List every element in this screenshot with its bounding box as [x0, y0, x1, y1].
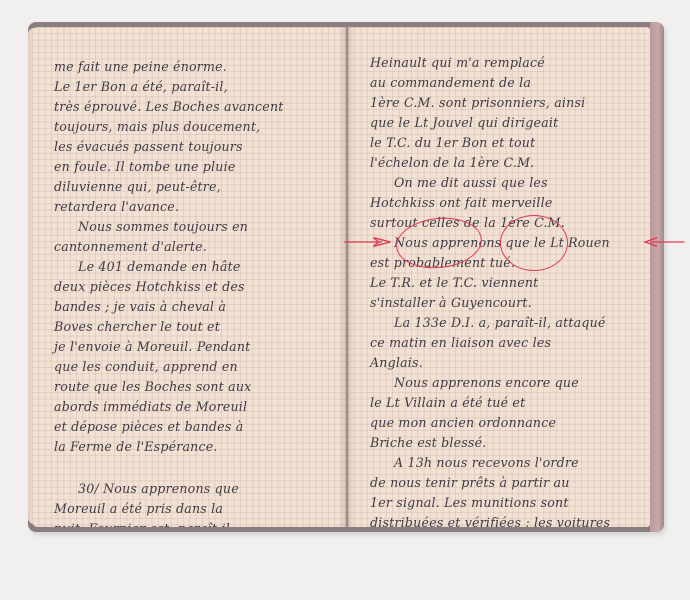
text-line: Le T.R. et le T.C. viennent	[370, 273, 640, 293]
text-line: le T.C. du 1er Bon et tout	[370, 133, 640, 153]
text-line: deux pièces Hotchkiss et des	[54, 277, 332, 297]
text-line: et dépose pièces et bandes à	[54, 417, 332, 437]
text-line: de nous tenir prêts à partir au	[370, 473, 640, 493]
annotation-arrow-right-icon	[340, 236, 400, 248]
text-line: retardera l'avance.	[54, 197, 332, 217]
text-line: très éprouvé. Les Boches avancent	[54, 97, 332, 117]
text-line: les évacués passent toujours	[54, 137, 332, 157]
right-page: Heinault qui m'a remplacé au commandemen…	[348, 27, 650, 527]
text-line: Le 1er Bon a été, paraît-il,	[54, 77, 332, 97]
text-line: La 133e D.I. a, paraît-il, attaqué	[370, 313, 640, 333]
text-line: Le 401 demande en hâte	[54, 257, 332, 277]
text-line: en foule. Il tombe une pluie	[54, 157, 332, 177]
text-line: cantonnement d'alerte.	[54, 237, 332, 257]
text-line: que mon ancien ordonnance	[370, 413, 640, 433]
left-page-text: me fait une peine énorme. Le 1er Bon a é…	[32, 57, 346, 527]
text-line: Boves chercher le tout et	[54, 317, 332, 337]
text-line: je l'envoie à Moreuil. Pendant	[54, 337, 332, 357]
text-line: route que les Boches sont aux	[54, 377, 332, 397]
text-line: abords immédiats de Moreuil	[54, 397, 332, 417]
annotation-circle-tc	[500, 215, 568, 271]
text-line: me fait une peine énorme.	[54, 57, 332, 77]
text-line: que les conduit, apprend en	[54, 357, 332, 377]
annotation-arrow-left-icon	[638, 236, 688, 248]
text-line: distribuées et vérifiées ; les voitures	[370, 513, 640, 527]
text-line: Hotchkiss ont fait merveille	[370, 193, 640, 213]
text-line: bandes ; je vais à cheval à	[54, 297, 332, 317]
text-line: Nous sommes toujours en	[54, 217, 332, 237]
text-line: A 13h nous recevons l'ordre	[370, 453, 640, 473]
right-page-edge	[650, 22, 664, 532]
text-line: 30/ Nous apprenons que	[54, 479, 332, 499]
text-line: diluvienne qui, peut-être,	[54, 177, 332, 197]
text-line: Anglais.	[370, 353, 640, 373]
text-line: Nous apprenons encore que	[370, 373, 640, 393]
text-line: s'installer à Guyencourt.	[370, 293, 640, 313]
text-line: l'échelon de la 1ère C.M.	[370, 153, 640, 173]
text-line: Moreuil a été pris dans la	[54, 499, 332, 519]
text-line: toujours, mais plus doucement,	[54, 117, 332, 137]
text-line: le Lt Villain a été tué et	[370, 393, 640, 413]
text-line: Heinault qui m'a remplacé	[370, 53, 640, 73]
text-line: nuit. Fournier est, paraît-il,	[54, 519, 332, 527]
notebook: me fait une peine énorme. Le 1er Bon a é…	[28, 22, 664, 532]
left-page: me fait une peine énorme. Le 1er Bon a é…	[32, 27, 346, 527]
text-line: On me dit aussi que les	[370, 173, 640, 193]
text-line: au commandement de la	[370, 73, 640, 93]
text-line: Briche est blessé.	[370, 433, 640, 453]
text-line: 1er signal. Les munitions sont	[370, 493, 640, 513]
right-page-text: Heinault qui m'a remplacé au commandemen…	[348, 53, 650, 527]
text-line: que le Lt Jouvel qui dirigeait	[370, 113, 640, 133]
text-line: la Ferme de l'Espérance.	[54, 437, 332, 457]
text-line: ce matin en liaison avec les	[370, 333, 640, 353]
text-line: 1ère C.M. sont prisonniers, ainsi	[370, 93, 640, 113]
